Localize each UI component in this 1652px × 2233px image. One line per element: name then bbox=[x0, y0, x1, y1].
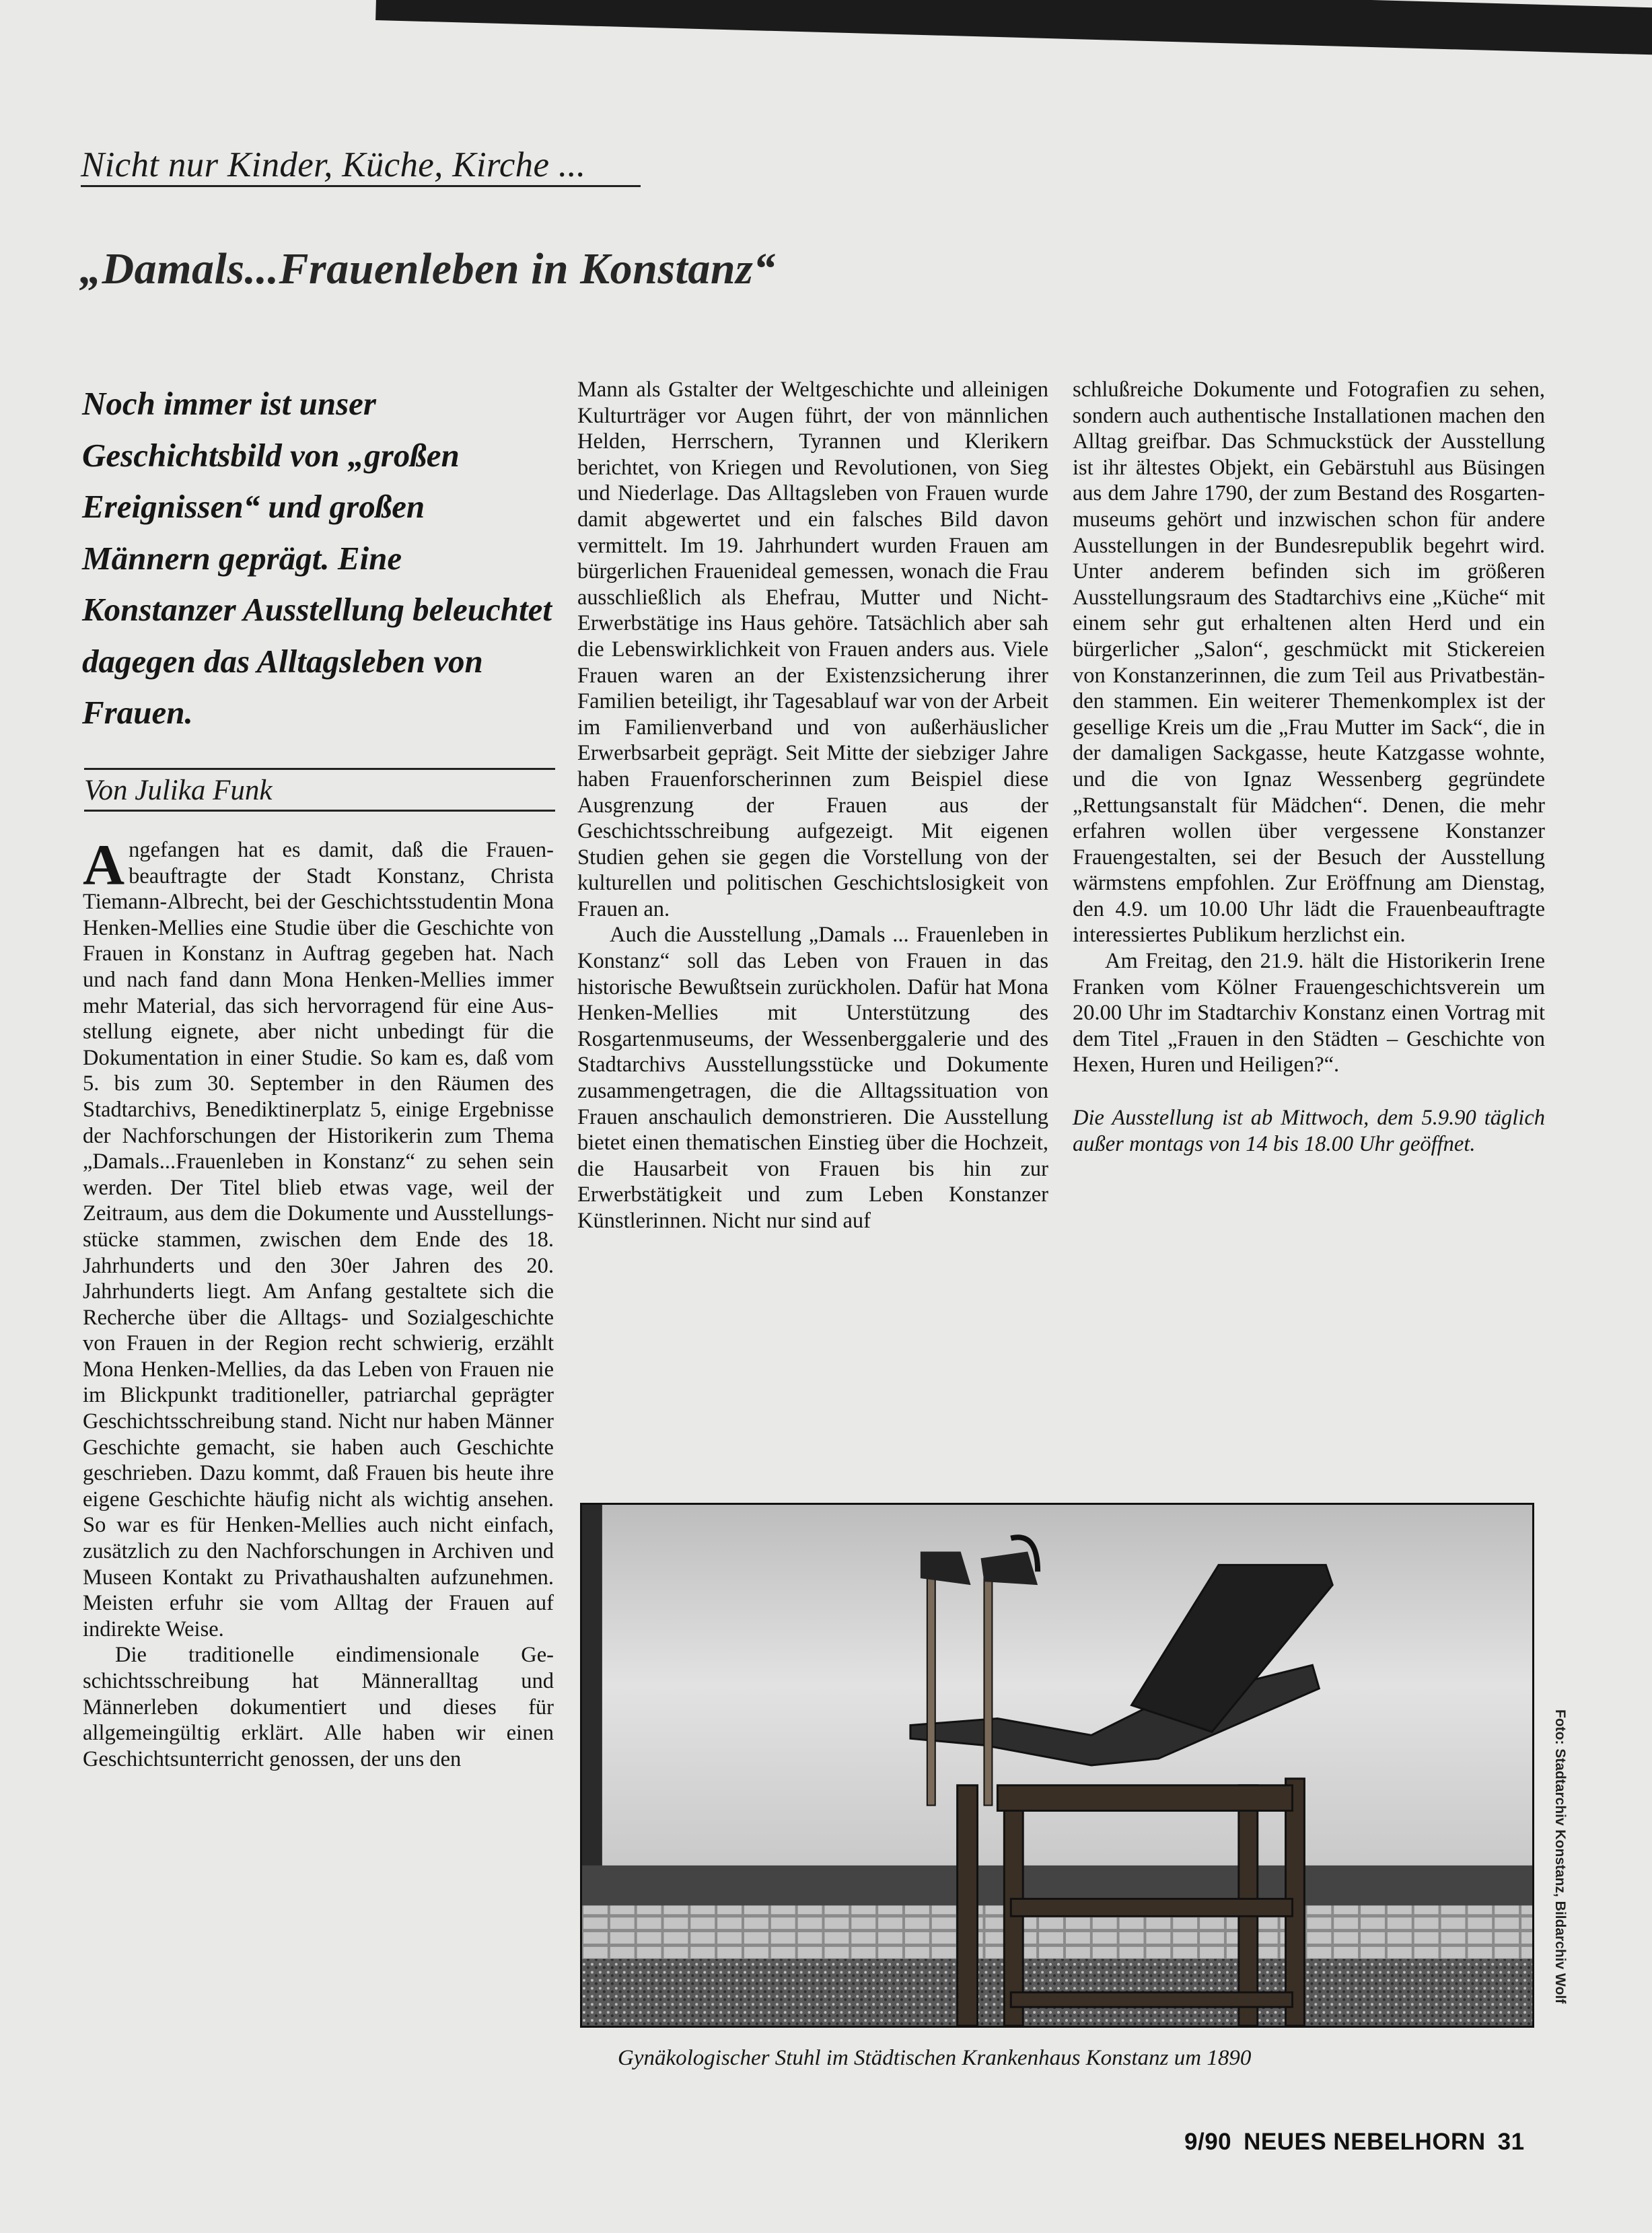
kicker-underline bbox=[81, 185, 641, 187]
gynecological-chair-photo bbox=[580, 1503, 1534, 2028]
article-headline: „Damals...Frauenleben in Konstanz“ bbox=[79, 244, 776, 295]
paragraph-2-text-b: Mann als Gstalter der Weltgeschichte und… bbox=[577, 378, 1048, 921]
byline-rule-bottom bbox=[84, 810, 555, 812]
paragraph-3-cont: schlußreiche Dokumente und Fotografien z… bbox=[1073, 377, 1545, 948]
byline-rule-top bbox=[84, 768, 555, 770]
paragraph-4: Am Freitag, den 21.9. hält die Historike… bbox=[1073, 948, 1545, 1078]
exhibition-info: Die Ausstellung ist ab Mittwoch, dem 5.9… bbox=[1073, 1105, 1545, 1157]
magazine-name: NEUES NEBELHORN bbox=[1244, 2129, 1485, 2155]
magazine-page: Nicht nur Kinder, Küche, Kirche ... „Dam… bbox=[0, 0, 1652, 2233]
photo-credit-text: Foto: Stadtarchiv Konstanz, Bildarchiv W… bbox=[1552, 1709, 1568, 2004]
paragraph-1: Angefangen hat es damit, daß die Frauen-… bbox=[83, 837, 554, 1642]
photo-credit: Foto: Stadtarchiv Konstanz, Bildarchiv W… bbox=[1548, 1709, 1575, 2032]
byline: Von Julika Funk bbox=[84, 774, 272, 807]
photo-illustration bbox=[582, 1505, 1532, 2026]
article-column-3: schlußreiche Dokumente und Fotografien z… bbox=[1073, 377, 1545, 1157]
page-number: 31 bbox=[1498, 2129, 1525, 2155]
page-footer: 9/90NEUES NEBELHORN31 bbox=[1184, 2129, 1537, 2156]
paragraph-3-start: Auch die Ausstellung „Damals ... Frauen­… bbox=[577, 922, 1048, 1234]
section-kicker: Nicht nur Kinder, Küche, Kirche ... bbox=[81, 145, 585, 185]
paragraph-3-text-a: Auch die Ausstellung „Damals ... Frauen­… bbox=[577, 923, 1048, 1233]
article-column-1: Angefangen hat es damit, daß die Frauen-… bbox=[83, 837, 554, 1772]
drop-cap: A bbox=[83, 841, 124, 888]
paragraph-2-text-a: Die traditionelle eindimensionale Ge­sch… bbox=[83, 1643, 554, 1771]
photo-caption: Gynäkologischer Stuhl im Städtischen Kra… bbox=[618, 2046, 1251, 2071]
paragraph-1-text: ngefangen hat es damit, daß die Frauen-b… bbox=[83, 838, 554, 1641]
paragraph-2-cont: Mann als Gstalter der Weltgeschichte und… bbox=[577, 377, 1048, 922]
paragraph-3-text-b: schlußreiche Dokumente und Fotografien z… bbox=[1073, 378, 1545, 947]
article-lead: Noch immer ist unser Geschichtsbild von … bbox=[82, 378, 553, 739]
issue-number: 9/90 bbox=[1184, 2129, 1231, 2155]
article-column-2: Mann als Gstalter der Weltgeschichte und… bbox=[577, 377, 1048, 1234]
paragraph-2-start: Die traditionelle eindimensionale Ge­sch… bbox=[83, 1642, 554, 1772]
